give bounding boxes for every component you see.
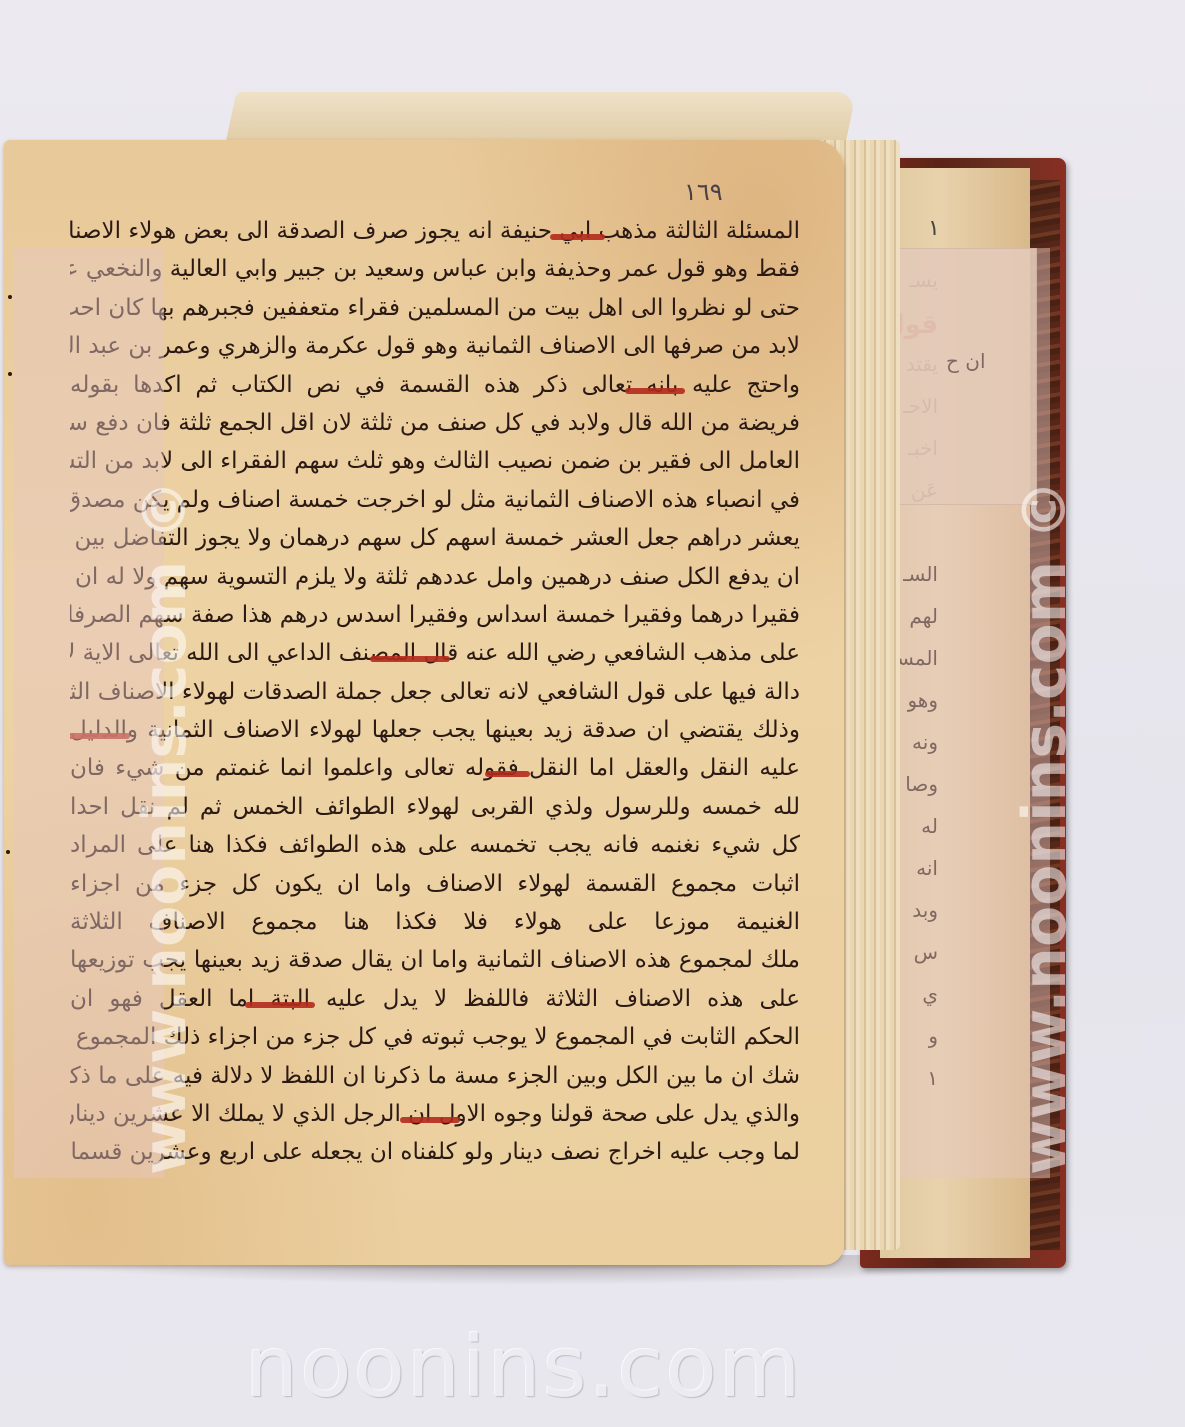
- watermark-vertical-right: www.noonins.com ©: [1010, 480, 1080, 1175]
- manuscript-line: المسئلة الثالثة مذهب ابي حنيفة انه يجوز …: [70, 212, 800, 250]
- manuscript-line: واحتج عليه بانه تعالى ذكر هذه القسمة في …: [70, 366, 800, 404]
- red-rubric-mark: [245, 1002, 315, 1008]
- margin-mark: [8, 295, 12, 299]
- red-rubric-mark: [485, 771, 530, 777]
- watermark-vertical-left: www.noonins.com ©: [130, 480, 200, 1175]
- manuscript-line: فريضة من الله قال ولابد في كل صنف من ثلث…: [70, 404, 800, 442]
- folio-number: ١٦٩: [684, 178, 723, 206]
- right-page-number: ١: [928, 216, 940, 241]
- manuscript-line: العامل الى فقير بن ضمن نصيب الثالث وهو ث…: [70, 442, 800, 480]
- red-rubric-mark: [625, 388, 685, 394]
- red-rubric-mark: [370, 656, 450, 662]
- margin-mark: [8, 372, 12, 376]
- margin-mark: [6, 850, 10, 854]
- red-rubric-mark: [550, 234, 605, 240]
- manuscript-line: فقط وهو قول عمر وحذيفة وابن عباس وسعيد ب…: [70, 250, 800, 288]
- manuscript-line: حتى لو نظروا الى اهل بيت من المسلمين فقر…: [70, 289, 800, 327]
- red-rubric-mark: [400, 1117, 460, 1123]
- manuscript-line: لابد من صرفها الى الاصناف الثمانية وهو ق…: [70, 327, 800, 365]
- watermark-bottom: noonins.com: [245, 1318, 803, 1416]
